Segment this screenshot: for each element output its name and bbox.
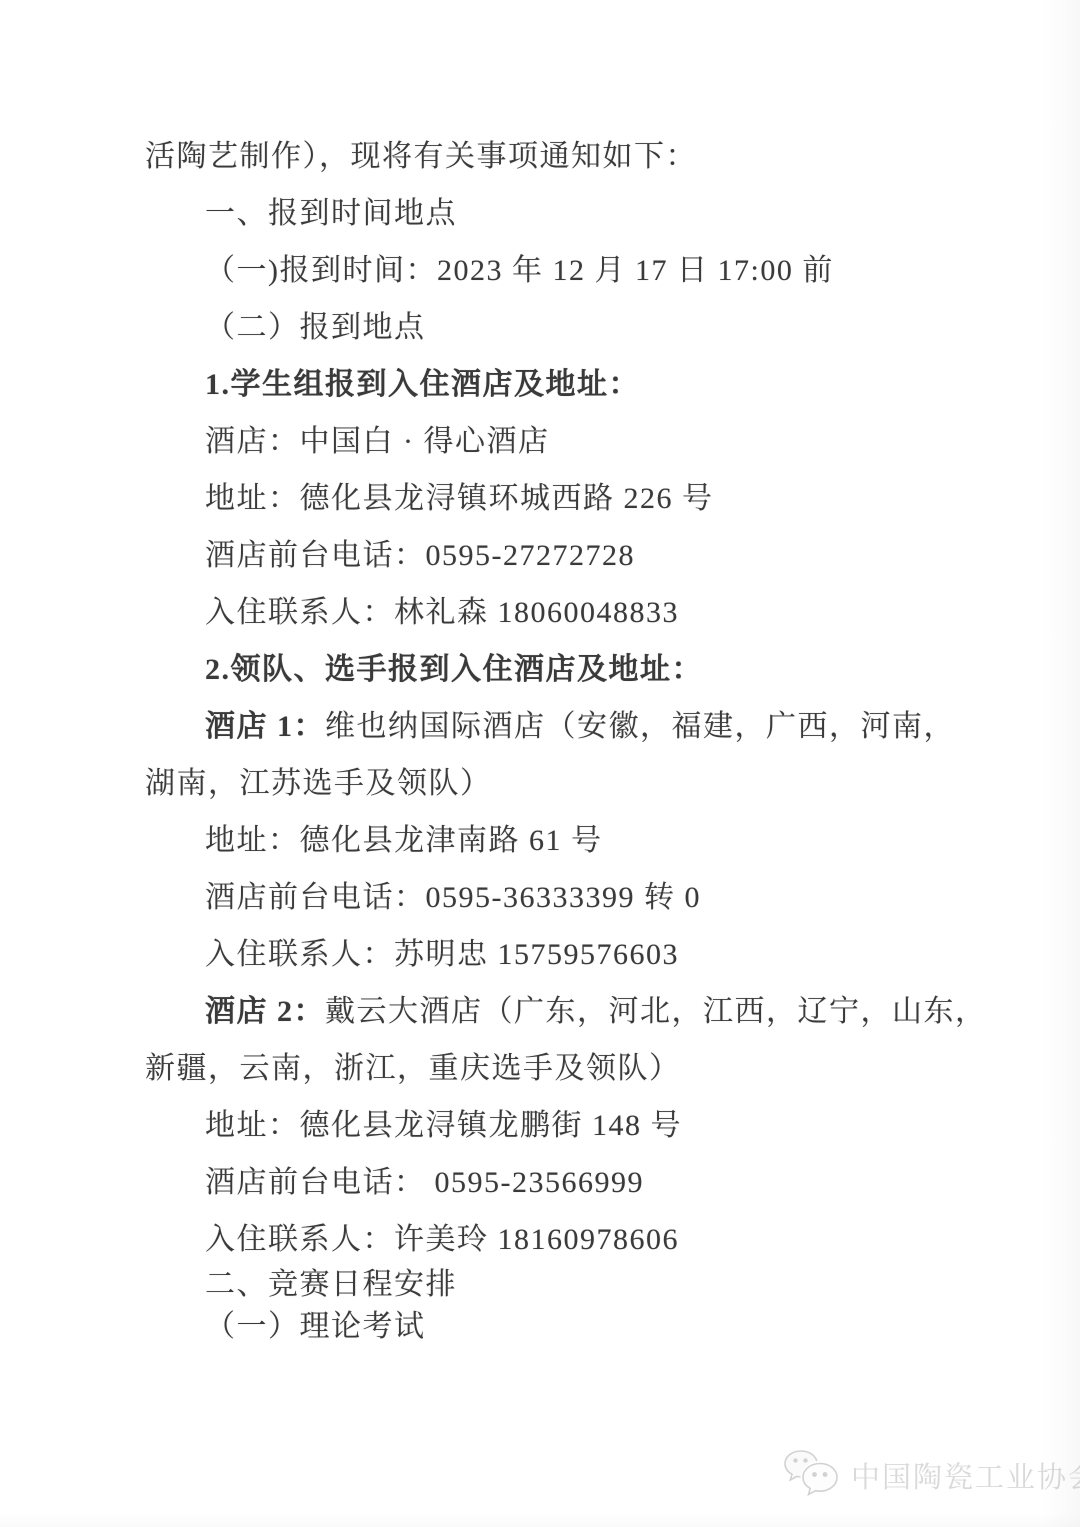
- line-text: （一)报到时间：2023 年 12 月 17 日 17:00 前: [205, 254, 834, 287]
- document-line: 2.领队、选手报到入住酒店及地址：: [145, 641, 955, 698]
- line-text: 活陶艺制作），现将有关事项通知如下：: [145, 140, 697, 173]
- line-text: 地址：德化县龙浔镇龙鹏街 148 号: [205, 1109, 682, 1142]
- line-text: 地址：德化县龙津南路 61 号: [205, 824, 603, 857]
- line-text: 地址：德化县龙浔镇环城西路 226 号: [205, 482, 714, 515]
- line-text: （二）报到地点: [205, 311, 426, 344]
- line-text: 酒店前台电话： 0595-23566999: [205, 1166, 644, 1199]
- document-line: 1.学生组报到入住酒店及地址：: [145, 356, 955, 413]
- line-text: 酒店前台电话：0595-36333399 转 0: [205, 881, 701, 914]
- line-text: 入住联系人：林礼森 18060048833: [205, 596, 679, 629]
- document-line: 地址：德化县龙津南路 61 号: [145, 812, 955, 869]
- line-text: 入住联系人：苏明忠 15759576603: [205, 938, 679, 971]
- document-line: （一)报到时间：2023 年 12 月 17 日 17:00 前: [145, 242, 955, 299]
- line-text: 1.学生组报到入住酒店及地址：: [205, 368, 640, 401]
- line-text: 2.领队、选手报到入住酒店及地址：: [205, 653, 703, 686]
- document-line: 地址：德化县龙浔镇龙鹏街 148 号: [145, 1097, 955, 1154]
- line-text: 新疆，云南，浙江，重庆选手及领队）: [145, 1052, 681, 1085]
- scan-edge-shade-bottom: [0, 1513, 1080, 1527]
- line-text: 戴云大酒店（广东，河北，江西，辽宁，山东，: [325, 995, 987, 1028]
- document-line: 酒店前台电话： 0595-23566999: [145, 1154, 955, 1211]
- document-body: 活陶艺制作），现将有关事项通知如下：一、报到时间地点（一)报到时间：2023 年…: [145, 128, 955, 1352]
- line-text: 酒店：中国白 · 得心酒店: [205, 425, 550, 458]
- scan-edge-shade-right: [1042, 0, 1080, 1527]
- document-line: 入住联系人：苏明忠 15759576603: [145, 926, 955, 983]
- line-text: 一、报到时间地点: [205, 197, 457, 230]
- line-text: 二、竞赛日程安排: [205, 1268, 457, 1301]
- wechat-icon: [780, 1448, 842, 1502]
- line-bold-prefix: 酒店 1：: [205, 710, 325, 743]
- line-text: 维也纳国际酒店（安徽，福建，广西，河南，: [325, 710, 955, 743]
- document-line: 活陶艺制作），现将有关事项通知如下：: [145, 128, 955, 185]
- document-line: 酒店 1：维也纳国际酒店（安徽，福建，广西，河南，: [145, 698, 955, 755]
- line-text: 酒店前台电话：0595-27272728: [205, 539, 635, 572]
- document-line: 酒店：中国白 · 得心酒店: [145, 413, 955, 470]
- document-line: 湖南，江苏选手及领队）: [145, 755, 955, 812]
- document-line: 酒店前台电话：0595-27272728: [145, 527, 955, 584]
- document-line: 酒店 2：戴云大酒店（广东，河北，江西，辽宁，山东，: [145, 983, 955, 1040]
- line-text: （一）理论考试: [205, 1310, 426, 1343]
- document-line: 一、报到时间地点: [145, 185, 955, 242]
- line-text: 入住联系人：许美玲 18160978606: [205, 1223, 679, 1256]
- document-line: 入住联系人：林礼森 18060048833: [145, 584, 955, 641]
- line-bold-prefix: 酒店 2：: [205, 995, 325, 1028]
- document-line: （二）报到地点: [145, 299, 955, 356]
- document-line: 新疆，云南，浙江，重庆选手及领队）: [145, 1040, 955, 1097]
- watermark-label: 中国陶瓷工业协会: [851, 1455, 1080, 1496]
- line-text: 湖南，江苏选手及领队）: [145, 767, 492, 800]
- document-page: 活陶艺制作），现将有关事项通知如下：一、报到时间地点（一)报到时间：2023 年…: [0, 0, 1080, 1527]
- document-line: 酒店前台电话：0595-36333399 转 0: [145, 869, 955, 926]
- document-line: 地址：德化县龙浔镇环城西路 226 号: [145, 470, 955, 527]
- watermark: 中国陶瓷工业协会: [780, 1448, 1080, 1502]
- document-line: （一）理论考试: [145, 1302, 955, 1352]
